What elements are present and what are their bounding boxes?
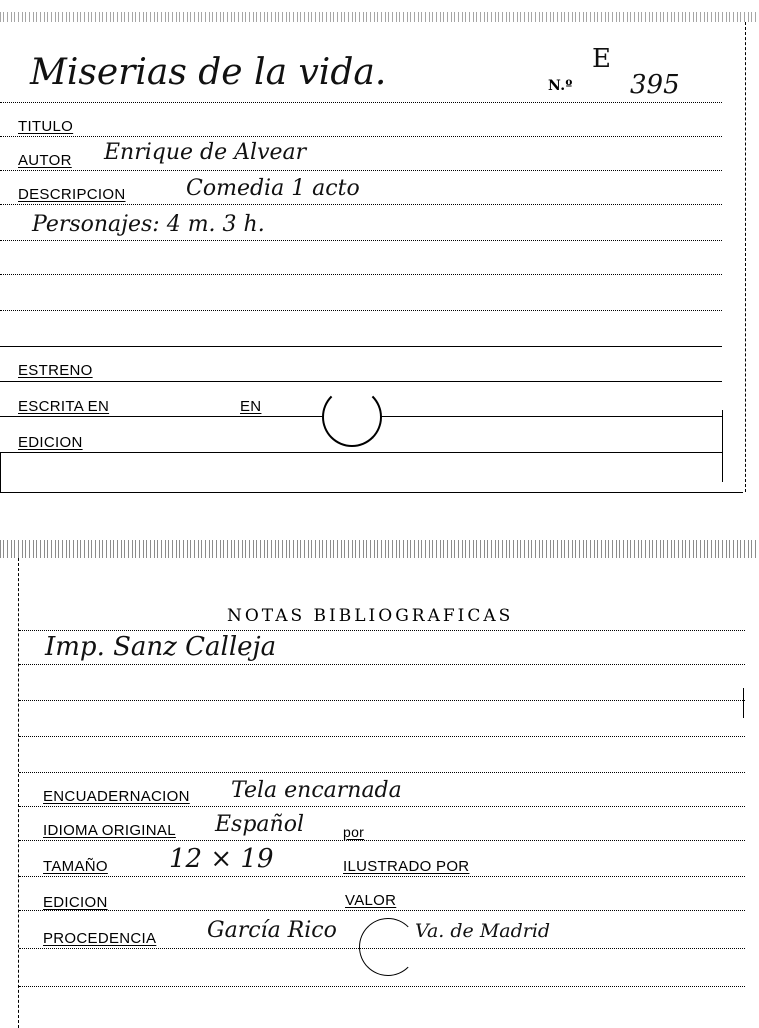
tamano-label: TAMAÑO — [43, 858, 108, 875]
por-label: por — [343, 824, 364, 840]
notes-rule-1 — [19, 664, 745, 665]
autor-value: Enrique de Alvear — [104, 140, 306, 165]
notes-handwritten: Imp. Sanz Calleja — [45, 632, 276, 662]
card-front-bottom-edge — [0, 492, 743, 493]
descripcion-rule — [0, 204, 722, 205]
descripcion-value: Comedia 1 acto — [186, 176, 360, 201]
blank-rule-1 — [0, 274, 722, 275]
idioma-original-label: IDIOMA ORIGINAL — [43, 822, 176, 839]
titulo-rule — [0, 136, 722, 137]
encuadernacion-label: ENCUADERNACION — [43, 788, 190, 805]
personajes-value: Personajes: 4 m. 3 h. — [32, 212, 265, 237]
escrita-en-label: ESCRITA EN — [18, 398, 109, 415]
notes-rule-2 — [19, 700, 745, 701]
number-value: 395 — [630, 70, 680, 100]
personajes-rule — [0, 240, 722, 241]
notes-section-title: NOTAS BIBLIOGRAFICAS — [227, 606, 513, 626]
right-bracket-mark — [722, 410, 723, 482]
number-label: N.º — [548, 78, 573, 94]
title-rule — [0, 102, 722, 103]
edicion-valor-rule — [19, 910, 745, 911]
bottom-rule — [19, 986, 745, 987]
catalog-card-front: Miserias de la vida. N.º E 395 TITULO AU… — [0, 22, 746, 492]
procedencia-label: PROCEDENCIA — [43, 930, 156, 947]
title-handwritten: Miserias de la vida. — [30, 52, 386, 93]
tamano-value: 12 × 19 — [169, 844, 273, 874]
notes-rule-4 — [19, 772, 745, 773]
blank-rule-2 — [0, 310, 722, 311]
autor-rule — [0, 170, 722, 171]
idioma-original-value: Español — [215, 812, 304, 837]
catalog-card-back: NOTAS BIBLIOGRAFICAS Imp. Sanz Calleja E… — [18, 558, 745, 1028]
titulo-label: TITULO — [18, 118, 73, 135]
punch-hole-back — [359, 918, 417, 976]
encuadernacion-value: Tela encarnada — [231, 778, 402, 803]
scan-edge-top — [0, 12, 759, 22]
scan-edge-middle — [0, 540, 759, 558]
idioma-original-rule — [19, 840, 745, 841]
estreno-label: ESTRENO — [18, 362, 93, 379]
ilustrado-por-label: ILUSTRADO POR — [343, 858, 469, 875]
escrita-en-rule-right — [380, 416, 722, 417]
edicion-label: EDICION — [18, 434, 83, 451]
valor-label: VALOR — [345, 892, 396, 909]
punch-hole-front — [322, 387, 382, 447]
notes-rule-3 — [19, 736, 745, 737]
blank-rule-3 — [0, 346, 722, 347]
escrita-en-rule-left — [0, 416, 322, 417]
edicion-back-label: EDICION — [43, 894, 108, 911]
encuadernacion-rule — [19, 806, 745, 807]
procedencia-value-1: García Rico — [207, 918, 337, 943]
notes-title-rule — [19, 630, 745, 631]
autor-label: AUTOR — [18, 152, 72, 169]
descripcion-label: DESCRIPCION — [18, 186, 125, 203]
tamano-rule — [19, 876, 745, 877]
procedencia-value-2: Va. de Madrid — [415, 920, 550, 942]
right-edge-mark — [743, 688, 744, 718]
estreno-rule — [0, 381, 722, 382]
edicion-rule — [0, 452, 722, 453]
en-label: EN — [240, 398, 261, 415]
card-front-left-edge — [0, 452, 1, 492]
number-prefix: E — [592, 44, 611, 74]
